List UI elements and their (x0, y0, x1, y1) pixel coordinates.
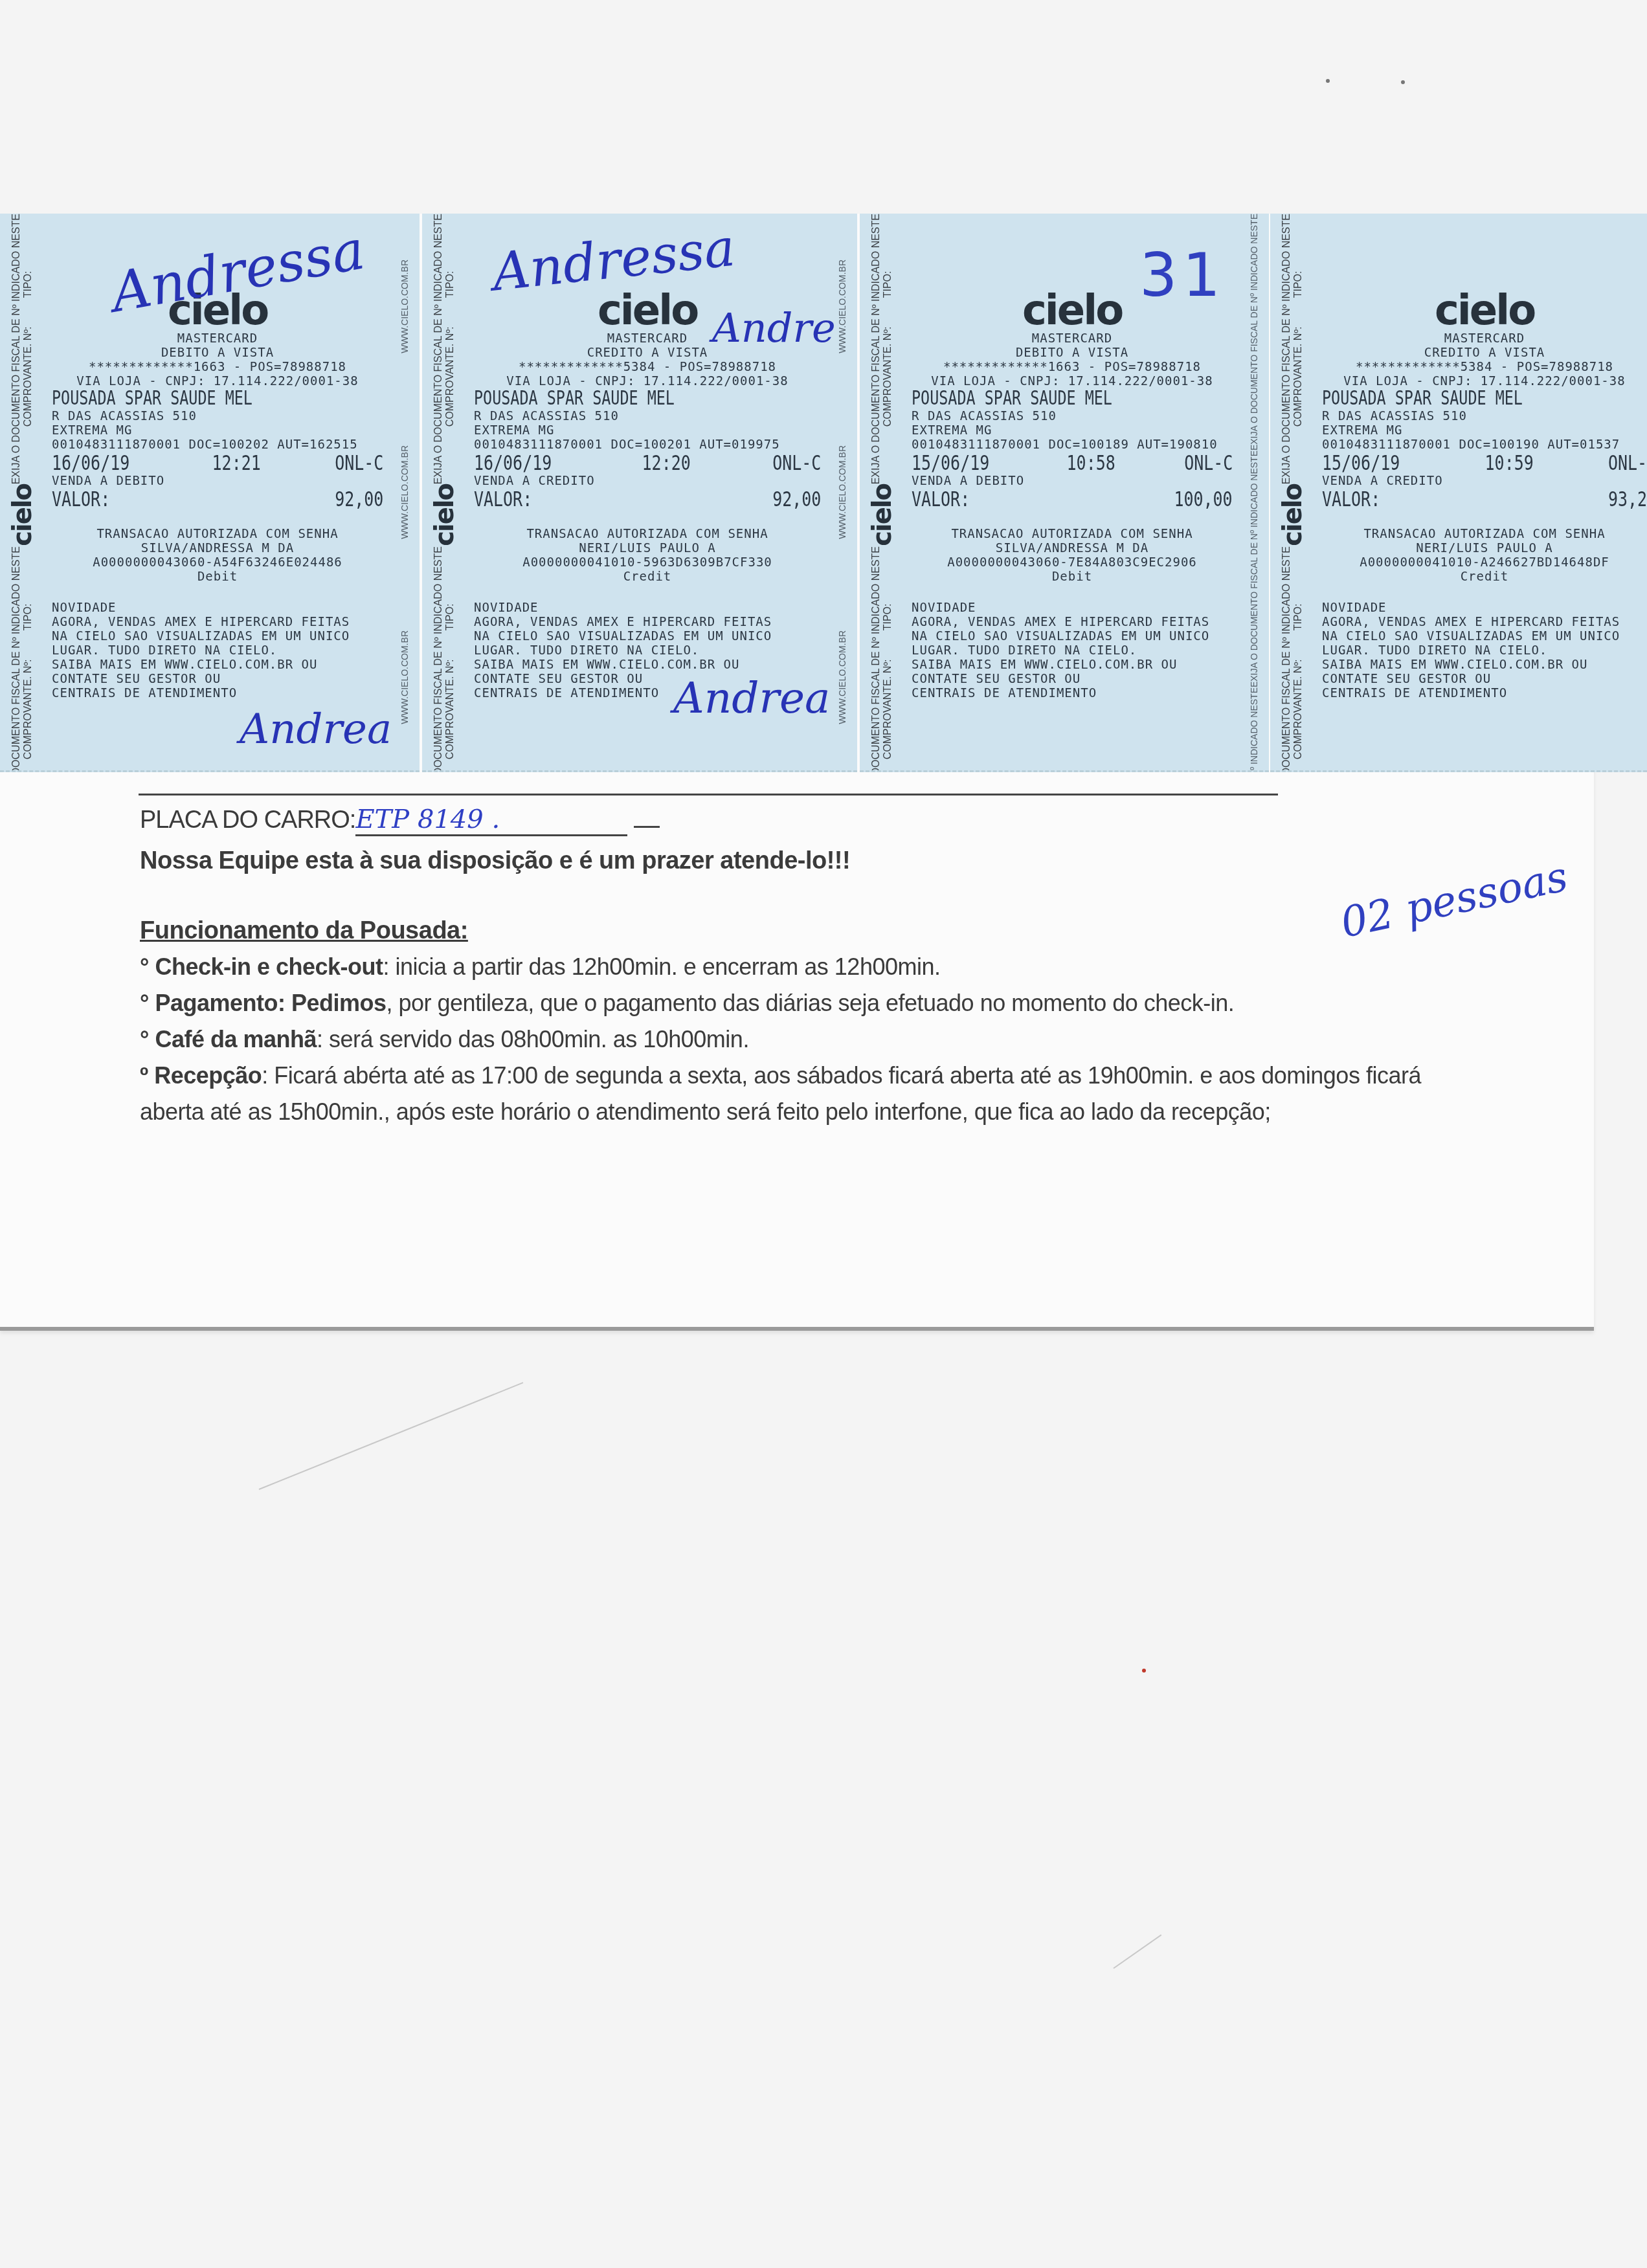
sale-type: VENDA A CREDITO (474, 474, 821, 488)
cielo-url: EXIJA O DOCUMENTO FISCAL DE Nº INDICADO … (1248, 214, 1260, 450)
value-row: VALOR: 92,00 (474, 488, 821, 510)
store-name: POUSADA SPAR SAUDE MEL (1322, 388, 1576, 409)
fiscal-notice: EXIJA O DOCUMENTO FISCAL DE Nº INDICADO … (433, 546, 456, 772)
receipt-2: EXIJA O DOCUMENTO FISCAL DE Nº INDICADO … (422, 214, 857, 772)
value-amount: 92,00 (335, 488, 383, 510)
receipt-side-strip: EXIJA O DOCUMENTO FISCAL DE Nº INDICADO … (1270, 214, 1316, 770)
cielo-side-logo: cielo (430, 484, 460, 546)
cielo-url: EXIJA O DOCUMENTO FISCAL DE Nº INDICADO … (1248, 687, 1260, 772)
cielo-url: WWW.CIELO.COM.BR (399, 445, 410, 539)
transaction-time: 10:59 (1485, 452, 1534, 474)
receipt-body: cielo MASTERCARD DEBITO A VISTA ********… (52, 214, 383, 770)
section-title: Funcionamento da Pousada: (140, 913, 1473, 949)
news-title: NOVIDADE (912, 601, 1233, 615)
news-title: NOVIDADE (474, 601, 821, 615)
rules-list: ° Check-in e check-out: inicia a partir … (140, 949, 1473, 1058)
news-line: CONTATE SEU GESTOR OU (912, 672, 1233, 686)
scan-scratch (259, 1382, 524, 1490)
news-line: CONTATE SEU GESTOR OU (52, 672, 383, 686)
card-number-pos: *************1663 - POS=78988718 (52, 360, 383, 374)
transaction-ids: 0010483111870001 DOC=100190 AUT=01537 (1322, 438, 1647, 452)
transaction-type: CREDITO A VISTA (1322, 346, 1647, 360)
payment-mode: Debit (52, 570, 383, 584)
value-label: VALOR: (1322, 488, 1380, 510)
news-line: SAIBA MAIS EM WWW.CIELO.COM.BR OU (912, 658, 1233, 672)
transaction-ids: 0010483111870001 DOC=100202 AUT=162515 (52, 438, 383, 452)
transaction-type: DEBITO A VISTA (52, 346, 383, 360)
cardholder-name: SILVA/ANDRESSA M DA (912, 541, 1233, 555)
receipt-side-strip: EXIJA O DOCUMENTO FISCAL DE Nº INDICADO … (422, 214, 467, 770)
cielo-logo: cielo (474, 290, 821, 331)
news-line: CENTRAIS DE ATENDIMENTO (52, 686, 383, 700)
cielo-logo: cielo (52, 290, 383, 331)
rule-text: : será servido das 08h00min. as 10h00min… (317, 1026, 749, 1052)
transaction-time: 12:20 (642, 452, 690, 474)
news-line: NA CIELO SAO VISUALIZADAS EM UM UNICO (474, 629, 821, 643)
cielo-url: WWW.CIELO.COM.BR (836, 445, 848, 539)
news-line: LUGAR. TUDO DIRETO NA CIELO. (912, 643, 1233, 658)
rule-label: ° Café da manhã (140, 1026, 317, 1052)
news-title: NOVIDADE (52, 601, 383, 615)
news-line: LUGAR. TUDO DIRETO NA CIELO. (1322, 643, 1647, 658)
rule-recepcao: º Recepção: Ficará abérta até as 17:00 d… (140, 1058, 1454, 1130)
value-amount: 93,2 (1608, 488, 1647, 510)
plate-label: PLACA DO CARRO: (140, 801, 355, 839)
transaction-ids: 0010483111870001 DOC=100189 AUT=190810 (912, 438, 1233, 452)
fiscal-notice: EXIJA O DOCUMENTO FISCAL DE Nº INDICADO … (871, 546, 894, 772)
news-line: CENTRAIS DE ATENDIMENTO (912, 686, 1233, 700)
news-line: SAIBA MAIS EM WWW.CIELO.COM.BR OU (52, 658, 383, 672)
store-city: EXTREMA MG (912, 423, 1233, 438)
auth-message: TRANSACAO AUTORIZADA COM SENHA (1322, 527, 1647, 541)
transaction-mode: ONL-C (335, 452, 383, 474)
application-id: A0000000041010-5963D6309B7CF330 (474, 555, 821, 570)
application-id: A0000000043060-7E84A803C9EC2906 (912, 555, 1233, 570)
transaction-time: 12:21 (212, 452, 260, 474)
handwritten-number: 31 (1139, 241, 1226, 310)
store-address: R DAS ACASSIAS 510 (52, 409, 383, 423)
transaction-ids: 0010483111870001 DOC=100201 AUT=019975 (474, 438, 821, 452)
value-amount: 92,00 (772, 488, 821, 510)
cielo-logo: cielo (1322, 290, 1647, 331)
rule-text: , por gentileza, que o pagamento das diá… (386, 990, 1234, 1016)
scan-scratch (1113, 1935, 1161, 1969)
news-line: AGORA, VENDAS AMEX E HIPERCARD FEITAS (52, 615, 383, 629)
rule-bullet: º (140, 1062, 148, 1089)
cielo-url: WWW.CIELO.COM.BR (399, 630, 410, 724)
store-city: EXTREMA MG (1322, 423, 1647, 438)
fiscal-notice: EXIJA O DOCUMENTO FISCAL DE Nº INDICADO … (433, 214, 456, 484)
news-lines: AGORA, VENDAS AMEX E HIPERCARD FEITASNA … (474, 615, 821, 700)
card-brand: MASTERCARD (52, 331, 383, 346)
fiscal-notice: EXIJA O DOCUMENTO FISCAL DE Nº INDICADO … (11, 214, 34, 484)
payment-mode: Credit (1322, 570, 1647, 584)
store-address: R DAS ACASSIAS 510 (474, 409, 821, 423)
cielo-side-logo: cielo (8, 484, 38, 546)
card-brand: MASTERCARD (912, 331, 1233, 346)
divider-line (139, 794, 1278, 795)
application-id: A0000000041010-A246627BD14648DF (1322, 555, 1647, 570)
store-city: EXTREMA MG (52, 423, 383, 438)
receipt-side-strip: EXIJA O DOCUMENTO FISCAL DE Nº INDICADO … (860, 214, 905, 770)
cielo-url: WWW.CIELO.COM.BR (399, 260, 410, 353)
scan-speck (1142, 1669, 1146, 1673)
store-address: R DAS ACASSIAS 510 (1322, 409, 1647, 423)
receipt-side-url: EXIJA O DOCUMENTO FISCAL DE Nº INDICADO … (1239, 214, 1269, 770)
card-number-pos: *************1663 - POS=78988718 (912, 360, 1233, 374)
transaction-date: 16/06/19 (474, 452, 552, 474)
card-brand: MASTERCARD (1322, 331, 1647, 346)
transaction-mode: ONL-C (1184, 452, 1233, 474)
fiscal-notice: EXIJA O DOCUMENTO FISCAL DE Nº INDICADO … (1281, 214, 1305, 484)
store-name: POUSADA SPAR SAUDE MEL (474, 388, 745, 409)
news-line: AGORA, VENDAS AMEX E HIPERCARD FEITAS (1322, 615, 1647, 629)
store-cnpj: VIA LOJA - CNPJ: 17.114.222/0001-38 (912, 374, 1233, 388)
sale-type: VENDA A CREDITO (1322, 474, 1647, 488)
cardholder-name: NERI/LUIS PAULO A (1322, 541, 1647, 555)
rule-item: ° Check-in e check-out: inicia a partir … (140, 949, 1473, 985)
card-number-pos: *************5384 - POS=78988718 (474, 360, 821, 374)
news-lines: AGORA, VENDAS AMEX E HIPERCARD FEITASNA … (52, 615, 383, 700)
store-city: EXTREMA MG (474, 423, 821, 438)
auth-message: TRANSACAO AUTORIZADA COM SENHA (52, 527, 383, 541)
rule-text: : inicia a partir das 12h00min. e encerr… (383, 953, 941, 980)
receipt-1: EXIJA O DOCUMENTO FISCAL DE Nº INDICADO … (0, 214, 420, 772)
rule-label: ° Check-in e check-out (140, 953, 383, 980)
news-line: AGORA, VENDAS AMEX E HIPERCARD FEITAS (474, 615, 821, 629)
plate-field[interactable]: ETP 8149 . (355, 805, 627, 836)
news-line: LUGAR. TUDO DIRETO NA CIELO. (474, 643, 821, 658)
card-number-pos: *************5384 - POS=78988718 (1322, 360, 1647, 374)
news-line: NA CIELO SAO VISUALIZADAS EM UM UNICO (912, 629, 1233, 643)
payment-mode: Credit (474, 570, 821, 584)
store-cnpj: VIA LOJA - CNPJ: 17.114.222/0001-38 (474, 374, 821, 388)
cielo-url: WWW.CIELO.COM.BR (836, 630, 848, 724)
receipt-side-strip: EXIJA O DOCUMENTO FISCAL DE Nº INDICADO … (0, 214, 45, 770)
sale-type: VENDA A DEBITO (912, 474, 1233, 488)
cielo-url: EXIJA O DOCUMENTO FISCAL DE Nº INDICADO … (1248, 450, 1260, 687)
news-line: LUGAR. TUDO DIRETO NA CIELO. (52, 643, 383, 658)
value-label: VALOR: (474, 488, 532, 510)
date-time-row: 15/06/19 10:59 ONL- (1322, 452, 1647, 474)
rule-label: Recepção (154, 1062, 262, 1089)
receipt-side-url: WWW.CIELO.COM.BR WWW.CIELO.COM.BR WWW.CI… (390, 214, 420, 770)
date-time-row: 16/06/19 12:21 ONL-C (52, 452, 383, 474)
transaction-date: 15/06/19 (912, 452, 989, 474)
transaction-date: 16/06/19 (52, 452, 129, 474)
value-row: VALOR: 92,00 (52, 488, 383, 510)
cielo-side-logo: cielo (868, 484, 897, 546)
rule-label: ° Pagamento: Pedimos (140, 990, 386, 1016)
transaction-mode: ONL-C (772, 452, 821, 474)
fiscal-notice: EXIJA O DOCUMENTO FISCAL DE Nº INDICADO … (871, 214, 894, 484)
date-time-row: 16/06/19 12:20 ONL-C (474, 452, 821, 474)
news-lines: AGORA, VENDAS AMEX E HIPERCARD FEITASNA … (1322, 615, 1647, 700)
value-label: VALOR: (912, 488, 970, 510)
date-time-row: 15/06/19 10:58 ONL-C (912, 452, 1233, 474)
receipt-4: EXIJA O DOCUMENTO FISCAL DE Nº INDICADO … (1270, 214, 1647, 772)
plate-field-tail (634, 796, 660, 828)
store-cnpj: VIA LOJA - CNPJ: 17.114.222/0001-38 (1322, 374, 1647, 388)
plate-row: PLACA DO CARRO: ETP 8149 . (140, 796, 1473, 839)
transaction-date: 15/06/19 (1322, 452, 1400, 474)
news-line: NA CIELO SAO VISUALIZADAS EM UM UNICO (52, 629, 383, 643)
news-line: CENTRAIS DE ATENDIMENTO (1322, 686, 1647, 700)
rule-item: ° Pagamento: Pedimos, por gentileza, que… (140, 985, 1473, 1021)
cielo-side-logo: cielo (1278, 484, 1308, 546)
news-line: NA CIELO SAO VISUALIZADAS EM UM UNICO (1322, 629, 1647, 643)
application-id: A0000000043060-A54F63246E024486 (52, 555, 383, 570)
receipt-body: cielo MASTERCARD CREDITO A VISTA *******… (1322, 214, 1647, 770)
fiscal-notice: EXIJA O DOCUMENTO FISCAL DE Nº INDICADO … (1281, 546, 1305, 772)
value-amount: 100,00 (1174, 488, 1233, 510)
transaction-mode: ONL- (1608, 452, 1647, 474)
rule-text: : Ficará abérta até as 17:00 de segunda … (140, 1062, 1421, 1125)
scan-speck (1326, 79, 1330, 83)
value-row: VALOR: 93,2 (1322, 488, 1647, 510)
payment-mode: Debit (912, 570, 1233, 584)
store-cnpj: VIA LOJA - CNPJ: 17.114.222/0001-38 (52, 374, 383, 388)
value-row: VALOR: 100,00 (912, 488, 1233, 510)
news-line: SAIBA MAIS EM WWW.CIELO.COM.BR OU (474, 658, 821, 672)
card-brand: MASTERCARD (474, 331, 821, 346)
pousada-info-form: PLACA DO CARRO: ETP 8149 . Nossa Equipe … (140, 796, 1473, 1130)
store-name: POUSADA SPAR SAUDE MEL (52, 388, 310, 409)
store-name: POUSADA SPAR SAUDE MEL (912, 388, 1162, 409)
welcome-message: Nossa Equipe esta à sua disposição e é u… (140, 843, 1473, 879)
transaction-type: CREDITO A VISTA (474, 346, 821, 360)
receipt-side-url: WWW.CIELO.COM.BR WWW.CIELO.COM.BR WWW.CI… (827, 214, 857, 770)
news-lines: AGORA, VENDAS AMEX E HIPERCARD FEITASNA … (912, 615, 1233, 700)
value-label: VALOR: (52, 488, 110, 510)
news-line: SAIBA MAIS EM WWW.CIELO.COM.BR OU (1322, 658, 1647, 672)
auth-message: TRANSACAO AUTORIZADA COM SENHA (474, 527, 821, 541)
news-line: CONTATE SEU GESTOR OU (1322, 672, 1647, 686)
transaction-type: DEBITO A VISTA (912, 346, 1233, 360)
auth-message: TRANSACAO AUTORIZADA COM SENHA (912, 527, 1233, 541)
transaction-time: 10:58 (1066, 452, 1115, 474)
cardholder-name: NERI/LUIS PAULO A (474, 541, 821, 555)
receipt-body: cielo MASTERCARD CREDITO A VISTA *******… (474, 214, 821, 770)
cardholder-name: SILVA/ANDRESSA M DA (52, 541, 383, 555)
cielo-url: WWW.CIELO.COM.BR (836, 260, 848, 353)
sale-type: VENDA A DEBITO (52, 474, 383, 488)
news-line: CONTATE SEU GESTOR OU (474, 672, 821, 686)
rule-item: ° Café da manhã: será servido das 08h00m… (140, 1021, 1473, 1058)
news-line: CENTRAIS DE ATENDIMENTO (474, 686, 821, 700)
news-title: NOVIDADE (1322, 601, 1647, 615)
news-line: AGORA, VENDAS AMEX E HIPERCARD FEITAS (912, 615, 1233, 629)
store-address: R DAS ACASSIAS 510 (912, 409, 1233, 423)
fiscal-notice: EXIJA O DOCUMENTO FISCAL DE Nº INDICADO … (11, 546, 34, 772)
scan-speck (1401, 80, 1405, 84)
